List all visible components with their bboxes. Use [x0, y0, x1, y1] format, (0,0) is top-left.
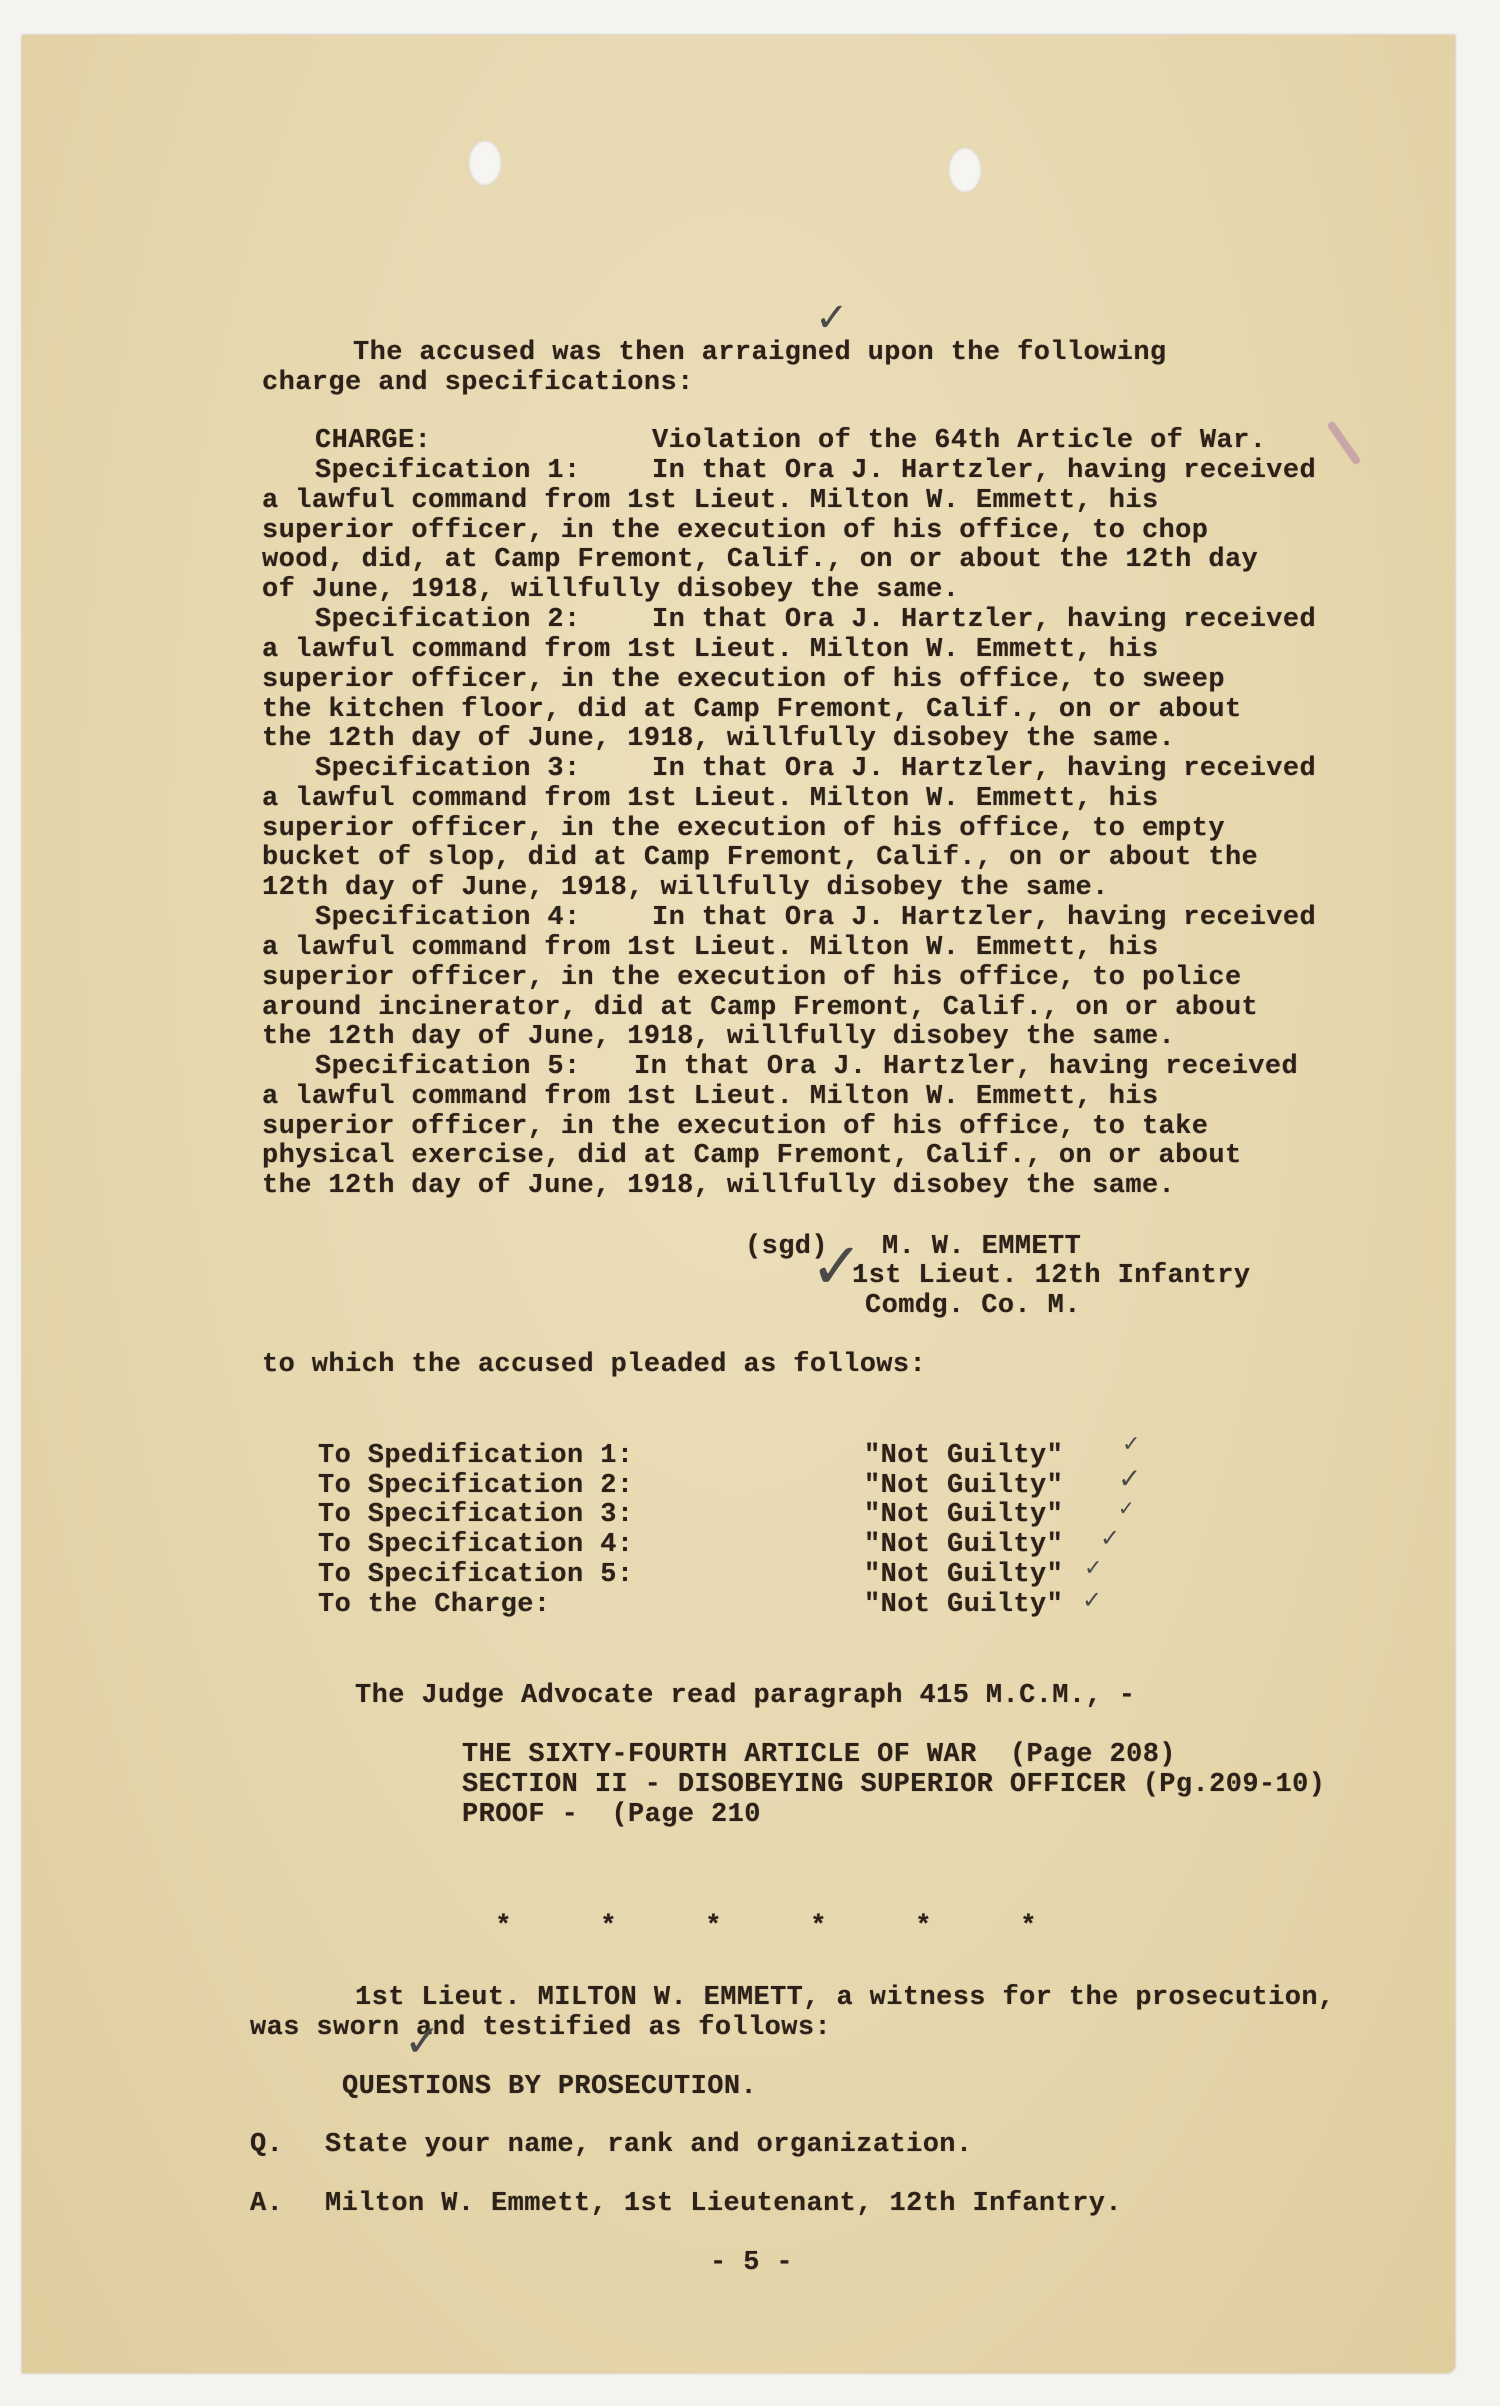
page-number: - 5 -: [710, 2248, 793, 2278]
star: *: [600, 1912, 705, 1942]
spec-2-line: the 12th day of June, 1918, willfully di…: [262, 724, 1175, 754]
star: *: [1020, 1912, 1125, 1942]
star: *: [915, 1912, 1020, 1942]
plea-to: To Specification 5:: [318, 1560, 633, 1590]
spec-1-line: In that Ora J. Hartzler, having received: [652, 456, 1316, 486]
check-mark-icon: ✓: [1118, 1462, 1141, 1495]
plea-to: To the Charge:: [318, 1590, 550, 1620]
plea-value: "Not Guilty": [864, 1530, 1063, 1560]
plea-to: To Specification 4:: [318, 1530, 633, 1560]
intro-line-1: The accused was then arraigned upon the …: [353, 338, 1167, 368]
check-mark-icon: ✓: [1118, 1496, 1135, 1520]
plea-value: "Not Guilty": [864, 1471, 1063, 1501]
plea-value: "Not Guilty": [864, 1590, 1063, 1620]
reference-line: THE SIXTY-FOURTH ARTICLE OF WAR (Page 20…: [462, 1740, 1176, 1770]
spec-3-line: superior officer, in the execution of hi…: [262, 814, 1225, 844]
check-mark-icon: ✓: [1100, 1524, 1120, 1552]
answer-text: Milton W. Emmett, 1st Lieutenant, 12th I…: [325, 2189, 1122, 2219]
spec-3-line: 12th day of June, 1918, willfully disobe…: [262, 873, 1109, 903]
spec-1-line: wood, did, at Camp Fremont, Calif., on o…: [262, 545, 1258, 575]
plea-value: "Not Guilty": [864, 1560, 1063, 1590]
questions-heading: QUESTIONS BY PROSECUTION.: [342, 2072, 757, 2102]
punch-hole-right: [948, 147, 982, 193]
charge-label: CHARGE:: [315, 426, 431, 456]
plea-to: To Specification 3:: [318, 1500, 633, 1530]
check-mark-icon: ✓: [404, 2016, 441, 2067]
spec-3-line: bucket of slop, did at Camp Fremont, Cal…: [262, 843, 1258, 873]
check-mark-icon: ✓: [815, 295, 849, 341]
spec-3-line: In that Ora J. Hartzler, having received: [652, 754, 1316, 784]
spec-1-line: a lawful command from 1st Lieut. Milton …: [262, 486, 1159, 516]
spec-2-line: superior officer, in the execution of hi…: [262, 665, 1225, 695]
check-mark-icon: ✓: [810, 1230, 864, 1304]
plea-to: To Spedification 1:: [318, 1441, 633, 1471]
spec-4-label: Specification 4:: [315, 903, 581, 933]
signature-command: Comdg. Co. M.: [865, 1291, 1081, 1321]
spec-2-line: the kitchen floor, did at Camp Fremont, …: [262, 695, 1242, 725]
spec-1-label: Specification 1:: [315, 456, 581, 486]
plea-value: "Not Guilty": [864, 1500, 1063, 1530]
spec-3-label: Specification 3:: [315, 754, 581, 784]
spec-2-label: Specification 2:: [315, 605, 581, 635]
spec-4-line: superior officer, in the execution of hi…: [262, 963, 1242, 993]
charge-text: Violation of the 64th Article of War.: [652, 426, 1266, 456]
spec-5-label: Specification 5:: [315, 1052, 581, 1082]
witness-line-2: was sworn and testified as follows:: [250, 2013, 831, 2043]
spec-3-line: a lawful command from 1st Lieut. Milton …: [262, 784, 1159, 814]
reference-line: PROOF - (Page 210: [462, 1800, 761, 1830]
spec-5-line: the 12th day of June, 1918, willfully di…: [262, 1171, 1175, 1201]
check-mark-icon: ✓: [1122, 1432, 1140, 1457]
section-break-stars: ******: [462, 1882, 1125, 1942]
plea-value: "Not Guilty": [864, 1441, 1063, 1471]
spec-4-line: a lawful command from 1st Lieut. Milton …: [262, 933, 1159, 963]
star: *: [705, 1912, 810, 1942]
punch-hole-left: [468, 140, 502, 186]
check-mark-icon: ✓: [1082, 1586, 1102, 1614]
signature-rank: 1st Lieut. 12th Infantry: [852, 1261, 1250, 1291]
spec-5-line: superior officer, in the execution of hi…: [262, 1112, 1208, 1142]
spec-1-line: superior officer, in the execution of hi…: [262, 516, 1208, 546]
question-text: State your name, rank and organization.: [325, 2130, 973, 2160]
plea-intro: to which the accused pleaded as follows:: [262, 1350, 926, 1380]
spec-4-line: around incinerator, did at Camp Fremont,…: [262, 993, 1258, 1023]
intro-line-2: charge and specifications:: [262, 368, 694, 398]
signature-name: M. W. EMMETT: [882, 1232, 1081, 1262]
spec-5-line: In that Ora J. Hartzler, having received: [634, 1052, 1298, 1082]
witness-line-1: 1st Lieut. MILTON W. EMMETT, a witness f…: [355, 1983, 1335, 2013]
spec-5-line: a lawful command from 1st Lieut. Milton …: [262, 1082, 1159, 1112]
spec-5-line: physical exercise, did at Camp Fremont, …: [262, 1141, 1242, 1171]
plea-to: To Specification 2:: [318, 1471, 633, 1501]
spec-4-line: In that Ora J. Hartzler, having received: [652, 903, 1316, 933]
spec-1-line: of June, 1918, willfully disobey the sam…: [262, 575, 959, 605]
star: *: [810, 1912, 915, 1942]
spec-4-line: the 12th day of June, 1918, willfully di…: [262, 1022, 1175, 1052]
spec-2-line: a lawful command from 1st Lieut. Milton …: [262, 635, 1159, 665]
reference-line: SECTION II - DISOBEYING SUPERIOR OFFICER…: [462, 1770, 1325, 1800]
check-mark-icon: ✓: [1084, 1556, 1102, 1581]
question-marker: Q.: [250, 2130, 283, 2160]
star: *: [495, 1912, 600, 1942]
spec-2-line: In that Ora J. Hartzler, having received: [652, 605, 1316, 635]
answer-marker: A.: [250, 2189, 283, 2219]
judge-advocate-line: The Judge Advocate read paragraph 415 M.…: [355, 1681, 1135, 1711]
